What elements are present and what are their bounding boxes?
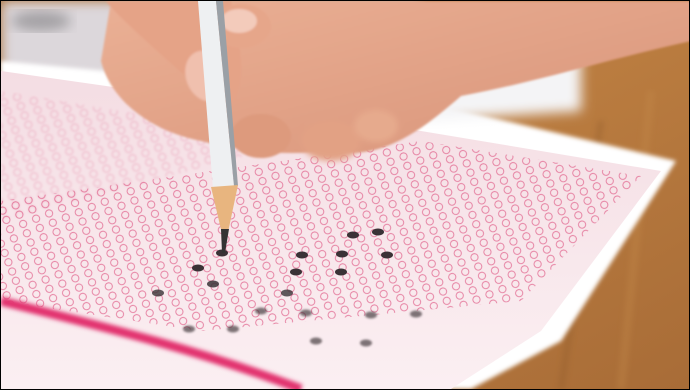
answer-sheet-photo [1, 1, 689, 389]
photo-frame: Close-up photo of a hand holding a penci… [1, 1, 689, 389]
